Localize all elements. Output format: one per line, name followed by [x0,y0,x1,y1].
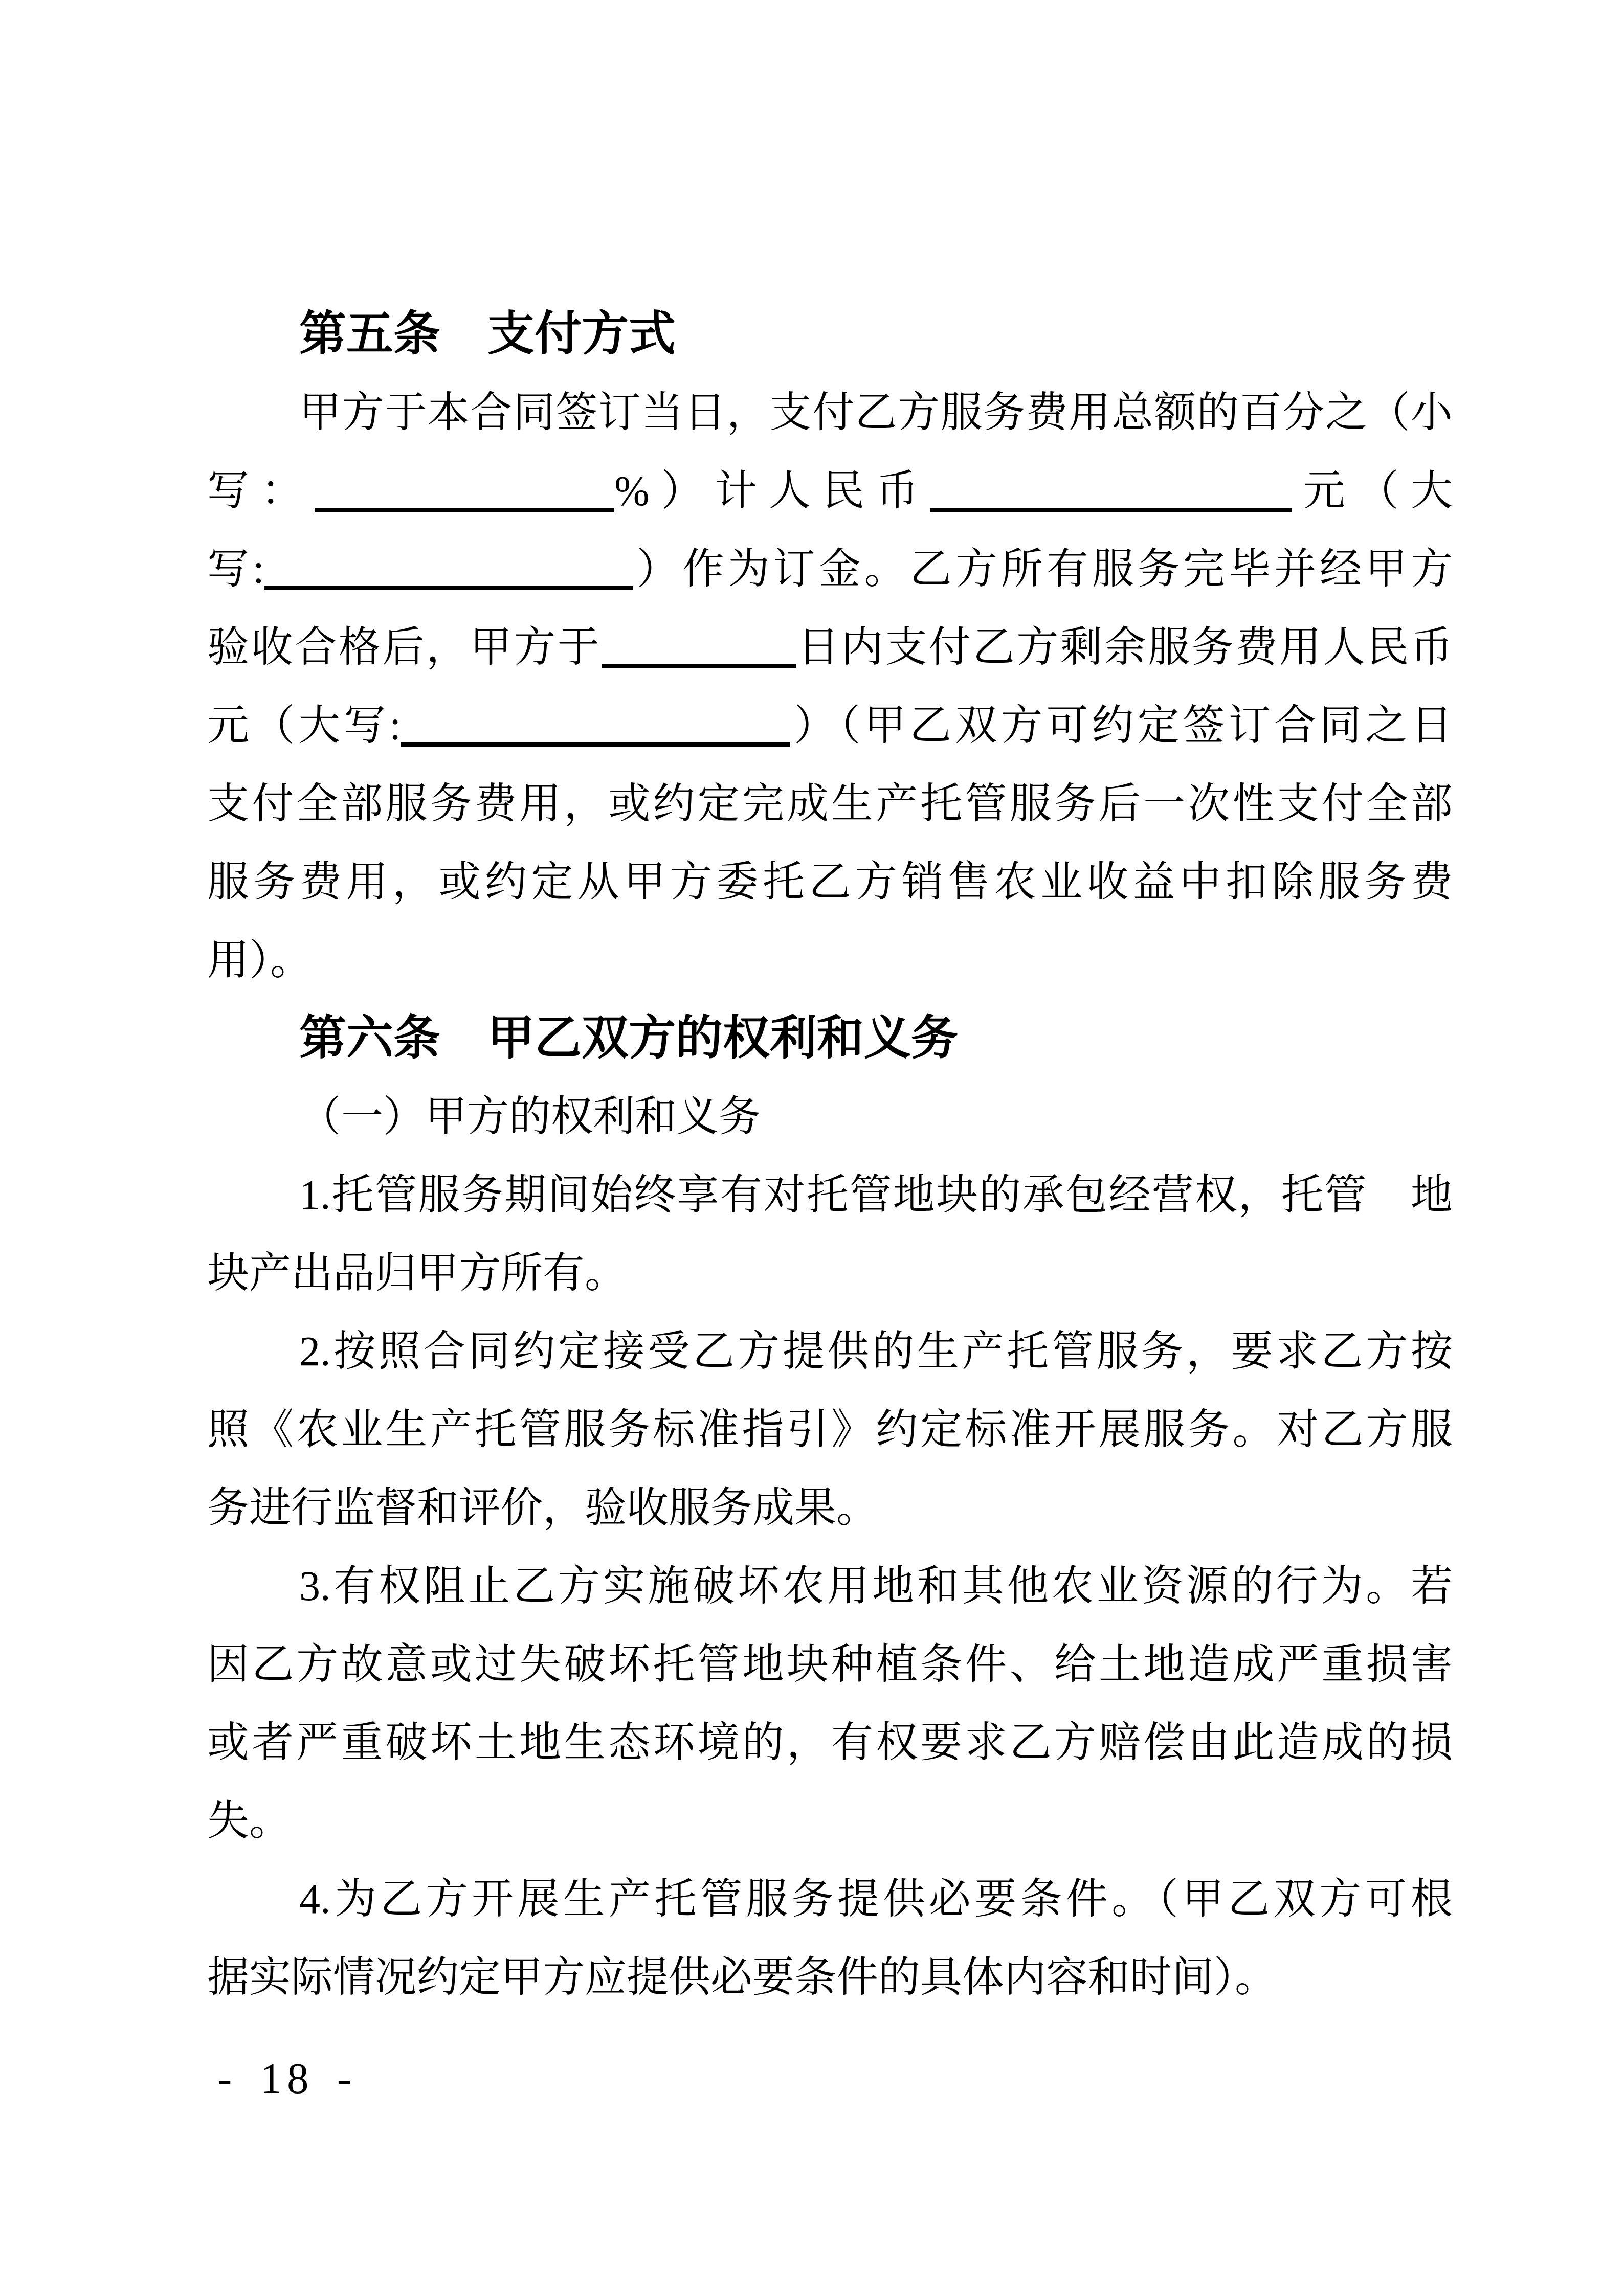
text-run: 元（大 [1292,467,1453,514]
text-run: %）计人民币 [614,467,930,514]
text-run: 1.托管服务期间始终享有对托管地块的承包经营权，托管 地 [299,1172,1453,1218]
text-run: ）作为订金。乙方所有服务完毕并经甲方 [633,546,1453,592]
text-line: 写:）作为订金。乙方所有服务完毕并经甲方 [207,530,1453,608]
text-run: ）（甲乙双方可约定签订合同之日 [790,702,1453,749]
text-run: 4.为乙方开展生产托管服务提供必要条件。（甲乙双方可根 [299,1876,1453,1922]
heading-line: 第五条 支付方式 [207,295,1453,373]
text-run: 写: [207,546,264,592]
text-line: 甲方于本合同签订当日，支付乙方服务费用总额的百分之（小 [207,373,1453,452]
fill-in-blank-underline [930,477,1292,512]
text-line: 用）。 [207,921,1453,999]
text-run: 第六条 甲乙双方的权利和义务 [299,1012,958,1064]
text-line: 照《农业生产托管服务标准指引》约定标准开展服务。对乙方服 [207,1390,1453,1469]
text-run: 第五条 支付方式 [299,308,676,360]
text-run: 日内支付乙方剩余服务费用人民币 [796,624,1453,670]
text-run: 元（大写: [207,702,401,749]
text-line: 支付全部服务费用，或约定完成生产托管服务后一次性支付全部 [207,764,1453,843]
text-line: 或者严重破坏土地生态环境的，有权要求乙方赔偿由此造成的损 [207,1703,1453,1782]
page-number: - 18 - [217,2048,357,2109]
contract-document-page: 第五条 支付方式甲方于本合同签订当日，支付乙方服务费用总额的百分之（小写：%）计… [0,0,1624,2296]
fill-in-blank-underline [264,555,633,590]
text-run: 因乙方故意或过失破坏托管地块种植条件、给土地造成严重损害 [207,1641,1453,1687]
text-run: 或者严重破坏土地生态环境的，有权要求乙方赔偿由此造成的损 [207,1719,1453,1766]
fill-in-blank-underline [602,634,796,668]
fill-in-blank-underline [315,477,614,512]
text-line: 因乙方故意或过失破坏托管地块种植条件、给土地造成严重损害 [207,1625,1453,1703]
heading-line: 第六条 甲乙双方的权利和义务 [207,999,1453,1077]
text-line: 2.按照合同约定接受乙方提供的生产托管服务，要求乙方按 [207,1312,1453,1390]
text-line: 3.有权阻止乙方实施破坏农用地和其他农业资源的行为。若 [207,1547,1453,1625]
text-line: 4.为乙方开展生产托管服务提供必要条件。（甲乙双方可根 [207,1860,1453,1938]
text-line: 1.托管服务期间始终享有对托管地块的承包经营权，托管 地 [207,1156,1453,1234]
text-run: 甲方于本合同签订当日，支付乙方服务费用总额的百分之（小 [299,389,1453,436]
text-line: 写：%）计人民币元（大 [207,452,1453,530]
document-content: 第五条 支付方式甲方于本合同签订当日，支付乙方服务费用总额的百分之（小写：%）计… [207,295,1453,2016]
text-line: 验收合格后，甲方于日内支付乙方剩余服务费用人民币 [207,608,1453,686]
text-line: （一）甲方的权利和义务 [207,1077,1453,1156]
text-line: 服务费用，或约定从甲方委托乙方销售农业收益中扣除服务费 [207,843,1453,921]
text-line: 块产出品归甲方所有。 [207,1234,1453,1312]
fill-in-blank-underline [401,712,790,747]
text-run: 写： [207,467,315,514]
text-run: 用）。 [207,937,312,983]
text-run: 照《农业生产托管服务标准指引》约定标准开展服务。对乙方服 [207,1406,1453,1453]
text-line: 据实际情况约定甲方应提供必要条件的具体内容和时间）。 [207,1938,1453,2016]
text-line: 务进行监督和评价，验收服务成果。 [207,1469,1453,1547]
text-run: 服务费用，或约定从甲方委托乙方销售农业收益中扣除服务费 [207,859,1453,905]
text-line: 元（大写:）（甲乙双方可约定签订合同之日 [207,686,1453,764]
text-run: 3.有权阻止乙方实施破坏农用地和其他农业资源的行为。若 [299,1563,1453,1609]
text-run: 支付全部服务费用，或约定完成生产托管服务后一次性支付全部 [207,780,1453,827]
text-run: （一）甲方的权利和义务 [299,1093,761,1140]
text-run: 失。 [207,1797,291,1844]
text-run: 验收合格后，甲方于 [207,624,602,670]
text-run: 据实际情况约定甲方应提供必要条件的具体内容和时间）。 [207,1954,1277,2000]
text-run: 务进行监督和评价，验收服务成果。 [207,1484,878,1531]
text-run: 2.按照合同约定接受乙方提供的生产托管服务，要求乙方按 [299,1328,1453,1375]
text-line: 失。 [207,1782,1453,1860]
text-run: 块产出品归甲方所有。 [207,1250,627,1296]
